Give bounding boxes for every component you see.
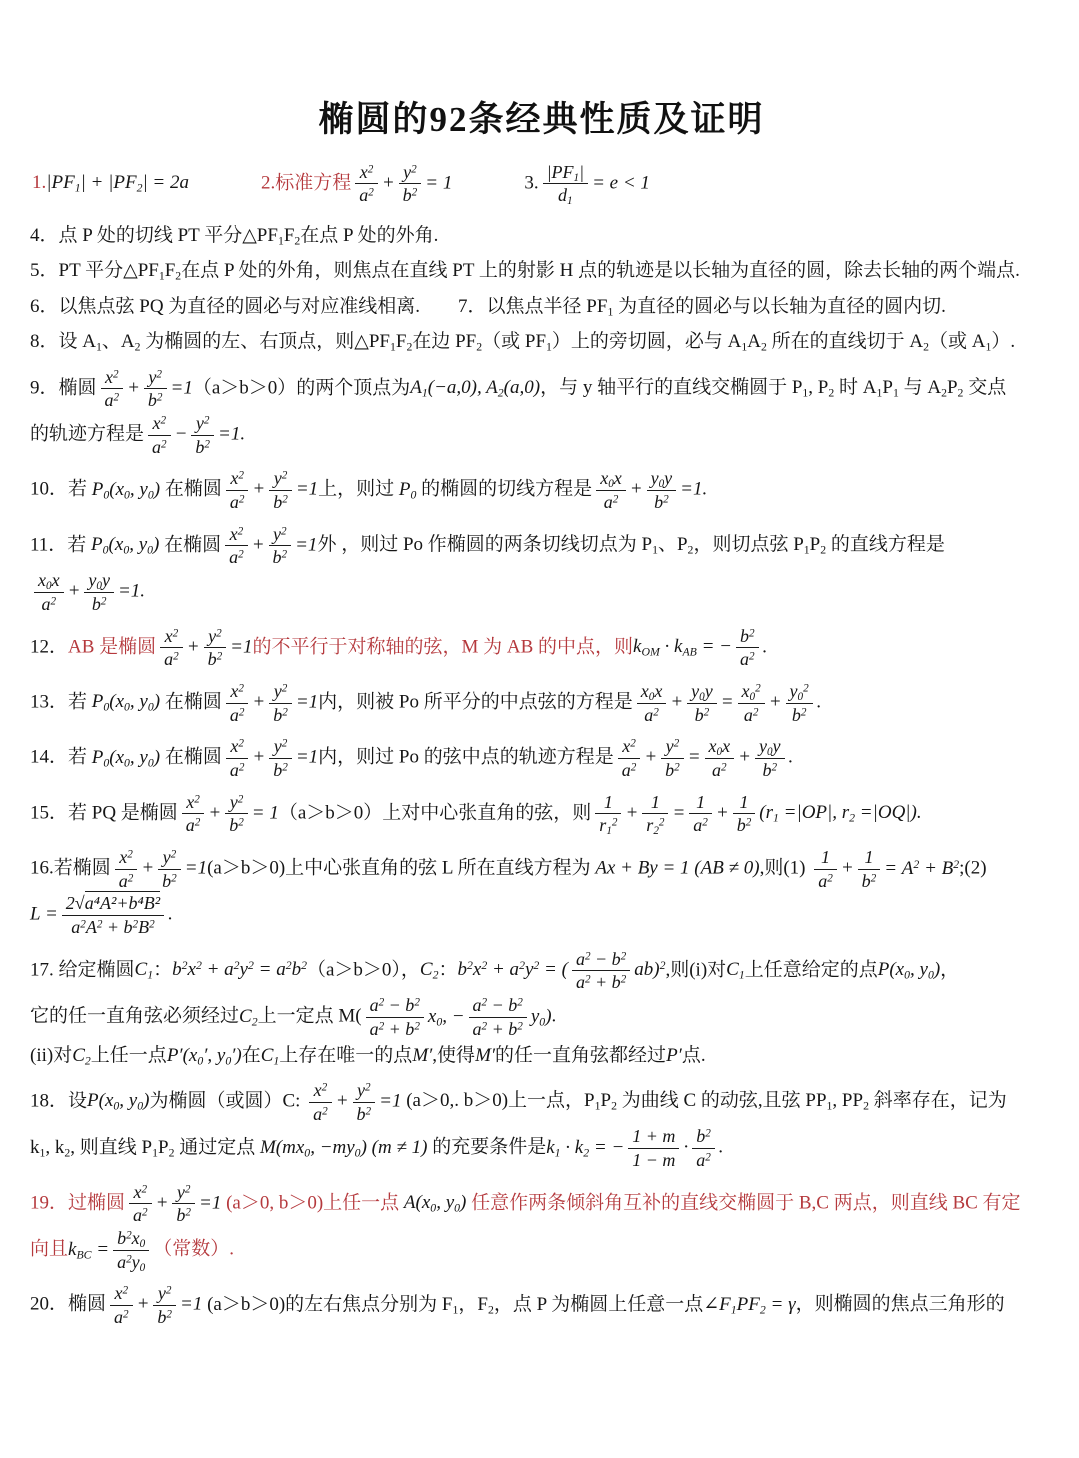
fraction-denominator: b2: [755, 759, 785, 781]
fraction-numerator: x2: [226, 681, 249, 704]
fraction-denominator: b2: [191, 436, 214, 458]
fraction-denominator: b2: [144, 389, 167, 411]
text-run: 7．以焦点半径 PF1 为直径的圆必与以长轴为直径的圆内切.: [420, 296, 946, 317]
text-run: 上存在唯一的点: [279, 1045, 412, 1066]
fraction: x0xa2: [705, 736, 735, 780]
text-run: (a＞b＞0)的左右焦点分别为 F1，F2，点 P 为椭圆上任意一点: [202, 1294, 703, 1315]
math-run: +: [187, 636, 200, 657]
math-run: ·: [683, 1137, 688, 1158]
text-run: 15．若 PQ 是椭圆: [30, 802, 178, 823]
math-run: =1.: [680, 479, 707, 500]
math-run: y0): [531, 1006, 552, 1027]
fraction-numerator: x2: [618, 736, 641, 759]
fraction-denominator: a2: [309, 1103, 332, 1125]
fraction-denominator: a2: [689, 814, 712, 836]
fraction-denominator: a2: [705, 759, 735, 781]
text-run: 的充要条件是: [427, 1137, 546, 1158]
math-run: +: [644, 747, 657, 768]
math-run: +: [841, 858, 854, 879]
fraction-numerator: y02: [786, 681, 813, 704]
fraction: y2b2: [144, 367, 167, 411]
text-run: 14．若: [30, 747, 92, 768]
fraction-numerator: 1: [814, 847, 837, 870]
page-title: 椭圆的92条经典性质及证明: [30, 94, 1053, 147]
property-item-4: 4．点 P 处的切线 PT 平分△PF1F2在点 P 处的外角.: [30, 221, 1053, 250]
math-run: =1.: [218, 424, 245, 445]
math-run: =1: [295, 534, 317, 555]
math-run: +: [336, 1090, 349, 1111]
fraction-numerator: 1: [595, 792, 621, 815]
text-run: 1.: [32, 172, 46, 193]
fraction-denominator: a2A2 + b2B2: [62, 916, 164, 938]
property-item-14: 14．若 P0(x0, y0) 在椭圆x2a2+y2b2=1内，则过 Po 的弦…: [30, 735, 1053, 781]
text-run: 9．椭圆: [30, 377, 97, 398]
fraction: x2a2: [226, 468, 249, 512]
text-run: （a＞b＞0），: [307, 959, 420, 980]
fraction-numerator: x0x: [596, 468, 626, 491]
fraction-denominator: b2: [687, 704, 717, 726]
text-run: 的轨迹方程是: [30, 424, 144, 445]
math-run: =1: [296, 479, 318, 500]
fraction-denominator: b2: [858, 870, 881, 892]
fraction-numerator: y2: [269, 736, 292, 759]
math-run: +: [252, 479, 265, 500]
text-run: 任意作两条倾斜角互补的直线交椭圆于 B,C 两点，则直线 BC 有定: [466, 1192, 1020, 1213]
text-run: 为椭圆（或圆）C:: [149, 1090, 305, 1111]
fraction-numerator: 1: [858, 847, 881, 870]
fraction: 2√a⁴A²+b⁴B²a2A2 + b2B2: [62, 893, 164, 937]
fraction-numerator: 2√a⁴A²+b⁴B²: [62, 893, 164, 916]
fraction: x2a2: [148, 413, 171, 457]
fraction-numerator: y0y: [687, 681, 717, 704]
fraction: 1r22: [642, 792, 668, 836]
math-run: C2: [239, 1006, 258, 1027]
text-run: ;(2): [959, 858, 986, 879]
math-run: ab)2: [634, 959, 665, 980]
formula-item-3: 3.|PF1|d1= e < 1: [524, 161, 650, 207]
fraction: 1a2: [814, 847, 837, 891]
fraction: x2a2: [110, 1283, 133, 1327]
text-run: 10．若: [30, 479, 92, 500]
text-run: （a＞b＞0）上对中心张直角的弦，则: [279, 802, 591, 823]
fraction-denominator: a2: [814, 870, 837, 892]
math-run: P′(x0′, y0′): [167, 1045, 242, 1066]
fraction-numerator: 1: [733, 792, 756, 815]
fraction-denominator: b2: [786, 704, 813, 726]
math-run: −: [175, 424, 188, 445]
fraction-numerator: y2: [158, 847, 181, 870]
math-run: .: [763, 636, 768, 657]
fraction: y0yb2: [755, 736, 785, 780]
math-run: +: [716, 802, 729, 823]
fraction-denominator: a2 + b2: [572, 971, 630, 993]
property-item-8: 8．设 A1、A2 为椭圆的左、右顶点，则△PF1F2在边 PF2（或 PF1）…: [30, 327, 1053, 356]
fraction-numerator: y2: [269, 681, 292, 704]
fraction-denominator: b2: [153, 1306, 176, 1328]
math-run: kBC =: [68, 1239, 109, 1260]
fraction-denominator: a2: [618, 759, 641, 781]
text-run: 2.标准方程: [261, 172, 351, 193]
fraction-numerator: x2: [226, 468, 249, 491]
fraction: y2b2: [191, 413, 214, 457]
fraction-denominator: b2: [661, 759, 684, 781]
fraction: x02a2: [738, 681, 765, 725]
fraction-denominator: a2: [148, 436, 171, 458]
text-run: 13．若: [30, 691, 92, 712]
fraction-numerator: x2: [309, 1080, 332, 1103]
fraction: x2a2: [101, 367, 124, 411]
fraction-numerator: y2: [661, 736, 684, 759]
math-run: |PF1| + |PF2| = 2a: [46, 172, 189, 193]
fraction-denominator: b2: [269, 546, 292, 568]
math-run: +: [382, 172, 395, 193]
fraction-denominator: a2: [736, 648, 759, 670]
text-run: ，: [940, 959, 959, 980]
text-run: ,则(1): [760, 858, 811, 879]
math-run: .: [789, 747, 794, 768]
fraction-numerator: x0x: [705, 736, 735, 759]
fraction: y0yb2: [647, 468, 677, 512]
fraction: y2b2: [269, 524, 292, 568]
math-run: k1 · k2 = −: [546, 1137, 624, 1158]
text-run: ,使得: [432, 1045, 475, 1066]
property-item-15: 15．若 PQ 是椭圆x2a2+y2b2= 1（a＞b＞0）上对中心张直角的弦，…: [30, 791, 1053, 837]
fraction-denominator: b2: [647, 491, 677, 513]
text-run: 上，则过: [318, 479, 399, 500]
text-run: 上一定点 M(: [258, 1006, 362, 1027]
fraction-numerator: y2: [353, 1080, 376, 1103]
fraction-denominator: b2: [225, 814, 248, 836]
fraction-numerator: 1: [642, 792, 668, 815]
fraction-denominator: a2: [637, 704, 667, 726]
math-run: b2x2 + a2y2 = a2b2: [172, 959, 307, 980]
text-run: 在椭圆: [160, 691, 222, 712]
math-run: +: [252, 691, 265, 712]
fraction: y2b2: [269, 681, 292, 725]
math-run: C1: [135, 959, 154, 980]
fraction-numerator: y2: [144, 367, 167, 390]
math-run: =1.: [118, 581, 145, 602]
math-run: M(mx0, −my0) (m ≠ 1): [260, 1137, 427, 1158]
fraction-denominator: a2: [110, 1306, 133, 1328]
fraction-denominator: a2: [738, 704, 765, 726]
fraction: y2b2: [269, 736, 292, 780]
fraction: a2 − b2a2 + b2: [572, 949, 630, 993]
fraction-denominator: a2: [225, 546, 248, 568]
fraction-denominator: b2: [399, 184, 422, 206]
fraction: y2b2: [661, 736, 684, 780]
fraction-denominator: a2: [101, 389, 124, 411]
fraction-denominator: b2: [353, 1103, 376, 1125]
fraction-denominator: a2: [226, 491, 249, 513]
fraction-denominator: b2: [172, 1204, 195, 1226]
property-item-10: 10．若 P0(x0, y0) 在椭圆x2a2+y2b2=1上，则过 P0 的椭…: [30, 467, 1053, 513]
fraction-denominator: a2: [182, 814, 205, 836]
fraction-denominator: r12: [595, 814, 621, 836]
text-run: 8．设 A1、A2 为椭圆的左、右顶点，则△PF1F2在边 PF2（或 PF1）…: [30, 331, 1015, 352]
fraction-numerator: x2: [160, 626, 183, 649]
fraction: x2a2: [226, 681, 249, 725]
fraction-numerator: y2: [204, 626, 227, 649]
fraction-denominator: b2: [269, 759, 292, 781]
math-run: C1: [261, 1045, 280, 1066]
fraction-denominator: a2: [226, 759, 249, 781]
fraction-numerator: a2 − b2: [572, 949, 630, 972]
text-run: 的任一直角弦都经过: [495, 1045, 666, 1066]
fraction-denominator: d1: [543, 184, 588, 206]
math-run: P0(x0, y0): [91, 534, 159, 555]
math-run: x0, −: [428, 1006, 465, 1027]
fraction-numerator: b2: [736, 626, 759, 649]
fraction: x2a2: [226, 736, 249, 780]
text-run: 在椭圆: [159, 534, 221, 555]
fraction: x0xa2: [34, 570, 64, 614]
fraction-denominator: a2: [692, 1149, 715, 1171]
property-item-11: 11．若 P0(x0, y0) 在椭圆x2a2+y2b2=1外 ，则过 Po 作…: [30, 523, 1053, 616]
fraction-numerator: x2: [225, 524, 248, 547]
math-run: +: [630, 479, 643, 500]
fraction: |PF1|d1: [543, 162, 588, 206]
math-run: .: [817, 691, 822, 712]
fraction-denominator: b2: [733, 814, 756, 836]
math-run: =: [672, 802, 685, 823]
text-run: 上任一点: [91, 1045, 167, 1066]
text-run: （a＞b＞0）的两个顶点为: [193, 377, 410, 398]
math-run: P(x0, y0): [878, 959, 940, 980]
fraction-denominator: a2: [129, 1204, 152, 1226]
fraction: x2a2: [129, 1182, 152, 1226]
fraction-numerator: y2: [172, 1182, 195, 1205]
property-item-9: 9．椭圆x2a2+y2b2=1（a＞b＞0）的两个顶点为A1(−a,0), A2…: [30, 366, 1053, 459]
fraction-numerator: y2: [191, 413, 214, 436]
fraction-numerator: x0x: [34, 570, 64, 593]
fraction-denominator: a2: [115, 870, 138, 892]
text-run: (a＞b＞0)上中心张直角的弦 L 所在直线方程为: [207, 858, 595, 879]
math-run: = A2 + B2: [884, 858, 959, 879]
text-run: 4．点 P 处的切线 PT 平分△PF1F2在点 P 处的外角.: [30, 225, 438, 246]
math-run: P(x0, y0): [87, 1090, 149, 1111]
fraction-denominator: a2: [226, 704, 249, 726]
text-run: 的不平行于对称轴的弦，M 为 AB 的中点，则: [252, 636, 633, 657]
fraction: y2b2: [353, 1080, 376, 1124]
fraction-denominator: b2: [158, 870, 181, 892]
fraction: 1a2: [689, 792, 712, 836]
fraction-numerator: x2: [355, 162, 378, 185]
fraction-numerator: x2: [129, 1182, 152, 1205]
fraction-numerator: y0y: [84, 570, 114, 593]
fraction: x2a2: [160, 626, 183, 670]
math-run: +: [141, 858, 154, 879]
math-run: C1: [726, 959, 745, 980]
math-run: +: [127, 377, 140, 398]
fraction-numerator: x0x: [637, 681, 667, 704]
fraction: 1b2: [858, 847, 881, 891]
document-page: 椭圆的92条经典性质及证明 1.|PF1| + |PF2| = 2a2.标准方程…: [30, 94, 1053, 1329]
math-run: Ax + By = 1 (AB ≠ 0): [595, 858, 759, 879]
math-run: =1: [199, 1192, 221, 1213]
math-run: C2: [72, 1045, 91, 1066]
math-run: +: [738, 747, 751, 768]
text-run: 3.: [524, 172, 538, 193]
text-run: 的椭圆的切线方程是: [416, 479, 592, 500]
fraction-denominator: a2y0: [113, 1251, 149, 1273]
math-run: (r1 =|OP|, r2 =|OQ|).: [759, 802, 921, 823]
fraction: a2 − b2a2 + b2: [366, 995, 424, 1039]
fraction-numerator: x2: [110, 1283, 133, 1306]
fraction-numerator: y0y: [755, 736, 785, 759]
text-run: k1, k2, 则直线 P1P2 通过定点: [30, 1137, 260, 1158]
property-item-6-7: 6．以焦点弦 PQ 为直径的圆必与对应准线相离. 7．以焦点半径 PF1 为直径…: [30, 292, 1053, 321]
fraction-numerator: b2: [692, 1126, 715, 1149]
fraction: 1r12: [595, 792, 621, 836]
fraction-denominator: b2: [269, 491, 292, 513]
fraction: x2a2: [115, 847, 138, 891]
fraction: x2a2: [225, 524, 248, 568]
text-run: 内，则过 Po 的弦中点的轨迹方程是: [318, 747, 614, 768]
fraction: x2a2: [182, 792, 205, 836]
property-item-16: 16.若椭圆x2a2+y2b2=1(a＞b＞0)上中心张直角的弦 L 所在直线方…: [30, 846, 1053, 939]
fraction: y2b2: [153, 1283, 176, 1327]
formula-item-2: 2.标准方程x2a2+y2b2= 1: [261, 161, 452, 207]
text-run: 在椭圆: [160, 479, 222, 500]
fraction: y2b2: [158, 847, 181, 891]
fraction-numerator: x2: [115, 847, 138, 870]
math-run: P′: [666, 1045, 682, 1066]
math-run: kOM · kAB = −: [633, 636, 732, 657]
property-item-13: 13．若 P0(x0, y0) 在椭圆x2a2+y2b2=1内，则被 Po 所平…: [30, 680, 1053, 726]
text-run: ,则(i)对: [665, 959, 726, 980]
fraction-numerator: x2: [148, 413, 171, 436]
fraction: y2b2: [399, 162, 422, 206]
fraction-denominator: a2: [34, 593, 64, 615]
math-run: =1: [230, 636, 252, 657]
fraction-numerator: x2: [226, 736, 249, 759]
fraction-numerator: x2: [101, 367, 124, 390]
fraction: y0yb2: [84, 570, 114, 614]
text-run: (a＞0,. b＞0)上一点，P1P2 为曲线 C 的动弦,且弦 PP1, PP…: [401, 1090, 1006, 1111]
fraction-numerator: y2: [399, 162, 422, 185]
fraction-numerator: 1: [689, 792, 712, 815]
fraction-denominator: 1 − m: [628, 1149, 679, 1171]
fraction: y0yb2: [687, 681, 717, 725]
text-run: AB 是椭圆: [68, 636, 156, 657]
text-run: 20．椭圆: [30, 1294, 106, 1315]
math-run: =: [721, 691, 734, 712]
text-run: 5．PT 平分△PF1F2在点 P 处的外角，则焦点在直线 PT 上的射影 H …: [30, 260, 1020, 281]
math-run: +: [137, 1294, 150, 1315]
math-run: P0(x0, y0): [92, 691, 160, 712]
math-run: = e < 1: [592, 172, 650, 193]
math-run: b2x2 + a2y2 = (: [458, 959, 568, 980]
property-item-12: 12．AB 是椭圆x2a2+y2b2=1的不平行于对称轴的弦，M 为 AB 的中…: [30, 625, 1053, 671]
fraction-numerator: y2: [153, 1283, 176, 1306]
fraction-numerator: |PF1|: [543, 162, 588, 185]
math-run: = 1: [252, 802, 279, 823]
math-run: .: [719, 1137, 724, 1158]
fraction: x0xa2: [637, 681, 667, 725]
fraction-denominator: a2: [355, 184, 378, 206]
math-run: +: [252, 534, 265, 555]
fraction: y02b2: [786, 681, 813, 725]
formula-item-1: 1.|PF1| + |PF2| = 2a: [32, 169, 189, 198]
property-item-18: 18．设P(x0, y0)为椭圆（或圆）C: x2a2+y2b2=1 (a＞0,…: [30, 1079, 1053, 1172]
fraction: b2a2: [736, 626, 759, 670]
fraction-denominator: r22: [642, 814, 668, 836]
text-run: 19．过椭圆: [30, 1192, 125, 1213]
text-run: 12．: [30, 636, 68, 657]
fraction: b2x0a2y0: [113, 1228, 149, 1272]
fraction: a2 − b2a2 + b2: [469, 995, 527, 1039]
fraction: x2a2: [309, 1080, 332, 1124]
text-run: ，则椭圆的焦点三角形的: [796, 1294, 1005, 1315]
text-run: 在: [242, 1045, 261, 1066]
math-run: +: [252, 747, 265, 768]
math-run: =1: [296, 691, 318, 712]
text-run: 6．以焦点弦 PQ 为直径的圆必与对应准线相离.: [30, 296, 420, 317]
fraction: 1 + m1 − m: [628, 1126, 679, 1170]
text-run: 11．若: [30, 534, 91, 555]
text-run: 它的任一直角弦必须经过: [30, 1006, 239, 1027]
math-run: A1(−a,0), A2(a,0): [410, 377, 540, 398]
math-run: = 1: [425, 172, 452, 193]
fraction-denominator: a2 + b2: [366, 1018, 424, 1040]
text-run: 内，则被 Po 所平分的中点弦的方程是: [318, 691, 633, 712]
fraction-denominator: b2: [269, 704, 292, 726]
fraction: y2b2: [204, 626, 227, 670]
fraction: y2b2: [269, 468, 292, 512]
math-run: L =: [30, 904, 58, 925]
fraction-numerator: y0y: [647, 468, 677, 491]
fraction-numerator: x2: [182, 792, 205, 815]
text-run: 点.: [682, 1045, 706, 1066]
text-run: 外 ，则过 Po 作椭圆的两条切线切点为 P1、P2，则切点弦 P1P2 的直线…: [317, 534, 944, 555]
fraction-numerator: y2: [269, 524, 292, 547]
property-list: 4．点 P 处的切线 PT 平分△PF1F2在点 P 处的外角.5．PT 平分△…: [30, 221, 1053, 1329]
math-run: =1: [296, 747, 318, 768]
math-run: P0(x0, y0): [92, 479, 160, 500]
fraction-denominator: a2 + b2: [469, 1018, 527, 1040]
fraction: x2a2: [355, 162, 378, 206]
property-item-17: 17. 给定椭圆C1：b2x2 + a2y2 = a2b2（a＞b＞0），C2：…: [30, 948, 1053, 1070]
text-run: 上任意给定的点: [745, 959, 878, 980]
fraction-numerator: b2x0: [113, 1228, 149, 1251]
text-run: 在椭圆: [160, 747, 222, 768]
fraction-denominator: a2: [596, 491, 626, 513]
text-run: 向且: [30, 1239, 68, 1260]
math-run: .: [168, 904, 173, 925]
math-run: M′: [412, 1045, 432, 1066]
math-run: M′: [475, 1045, 495, 1066]
formula-row: 1.|PF1| + |PF2| = 2a2.标准方程x2a2+y2b2= 13.…: [32, 161, 1053, 207]
property-item-5: 5．PT 平分△PF1F2在点 P 处的外角，则焦点在直线 PT 上的射影 H …: [30, 256, 1053, 285]
text-run: .: [552, 1006, 557, 1027]
fraction: 1b2: [733, 792, 756, 836]
text-run: （常数）.: [153, 1239, 234, 1260]
math-run: P0: [399, 479, 417, 500]
math-run: +: [769, 691, 782, 712]
fraction: x0xa2: [596, 468, 626, 512]
text-run: ：: [153, 959, 172, 980]
math-run: =1: [180, 1294, 202, 1315]
text-run: (ii)对: [30, 1045, 72, 1066]
fraction-numerator: a2 − b2: [366, 995, 424, 1018]
fraction-denominator: a2: [160, 648, 183, 670]
fraction-denominator: b2: [204, 648, 227, 670]
math-run: =1: [379, 1090, 401, 1111]
math-run: +: [156, 1192, 169, 1213]
fraction-numerator: y2: [225, 792, 248, 815]
property-item-20: 20．椭圆x2a2+y2b2=1 (a＞b＞0)的左右焦点分别为 F1，F2，点…: [30, 1282, 1053, 1328]
